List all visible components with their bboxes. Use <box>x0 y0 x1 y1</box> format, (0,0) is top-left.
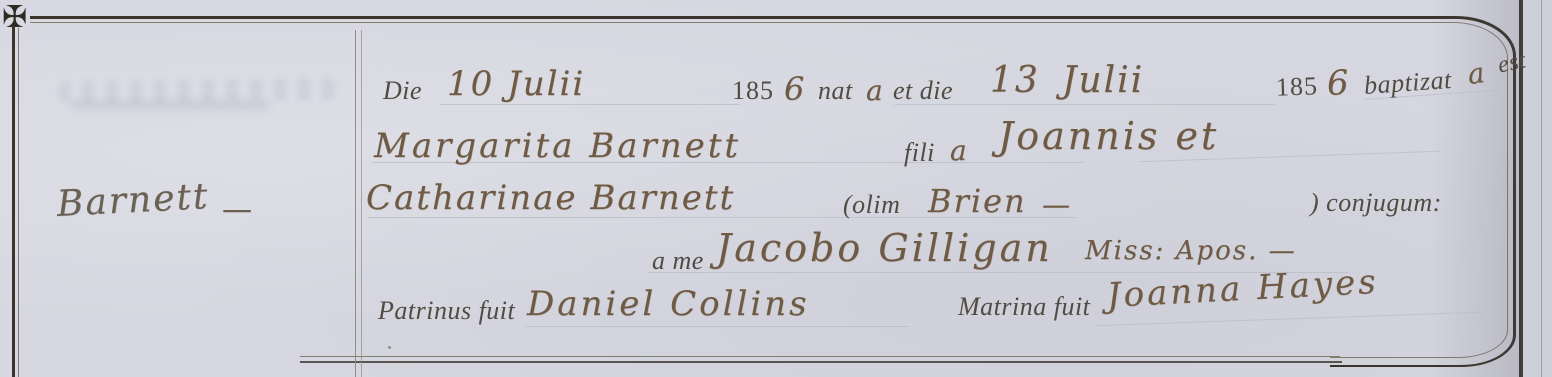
ink-speck <box>388 346 391 349</box>
year-prefix-1: 185 <box>732 76 774 106</box>
year-prefix-2: 185 <box>1275 71 1318 102</box>
godfather-name-entry: Daniel Collins <box>527 284 810 324</box>
father-name-entry: Joannis et <box>998 114 1219 158</box>
next-page-edge-line <box>1541 0 1542 377</box>
bottom-border-outer <box>300 361 1342 363</box>
birth-date-entry: 10 Julii <box>447 64 585 104</box>
column-divider-left <box>355 30 356 377</box>
minister-name-entry: Jacobo Gilligan <box>716 226 1053 270</box>
mother-name-entry: Catharinae Barnett <box>366 178 735 218</box>
next-page-strip <box>1523 0 1552 377</box>
year-digit-2: 6 <box>1326 63 1352 104</box>
label-et-die: et die <box>893 76 953 106</box>
baptizat-ending-entry: a <box>1465 56 1488 91</box>
year-digit-1: 6 <box>784 70 806 108</box>
left-border-outer <box>12 26 15 377</box>
child-name-entry: Margarita Barnett <box>374 126 741 166</box>
label-est: est <box>1496 47 1529 79</box>
bleed-through-smudge-2 <box>70 100 270 110</box>
baptism-day-entry: 13 <box>990 60 1040 101</box>
label-a-me: a me <box>652 246 704 276</box>
baptism-month-entry: Julii <box>1062 60 1144 101</box>
surname-entry: Barnett <box>56 176 210 225</box>
label-olim: (olim <box>843 190 900 220</box>
top-border-outer <box>30 16 1340 19</box>
label-nat: nat <box>818 76 853 106</box>
nat-ending-entry: a <box>866 74 885 107</box>
minister-title-entry: Miss: Apos. — <box>1085 236 1297 266</box>
label-baptizat: baptizat <box>1363 65 1453 101</box>
maiden-name-flourish: — <box>1042 188 1072 221</box>
label-conjugum: ) conjugum: <box>1310 188 1442 218</box>
label-patrinus-fuit: Patrinus fuit <box>378 296 515 326</box>
label-fili: fili <box>904 138 935 168</box>
column-divider-right <box>361 30 362 377</box>
rule-line5-a <box>525 326 910 327</box>
bottom-border-inner <box>300 356 1340 357</box>
rule-line1-a <box>440 104 740 105</box>
label-die: Die <box>383 76 422 106</box>
left-border-inner <box>18 28 19 377</box>
surname-flourish: — <box>222 192 254 227</box>
maiden-name-entry: Brien <box>928 182 1027 220</box>
fili-ending-entry: a <box>950 134 969 167</box>
baptismal-register-page: ✠ Barnett — Die 10 Julii 185 6 nat a et … <box>0 0 1552 377</box>
top-border-inner <box>30 22 1338 23</box>
label-matrina-fuit: Matrina fuit <box>958 292 1090 322</box>
